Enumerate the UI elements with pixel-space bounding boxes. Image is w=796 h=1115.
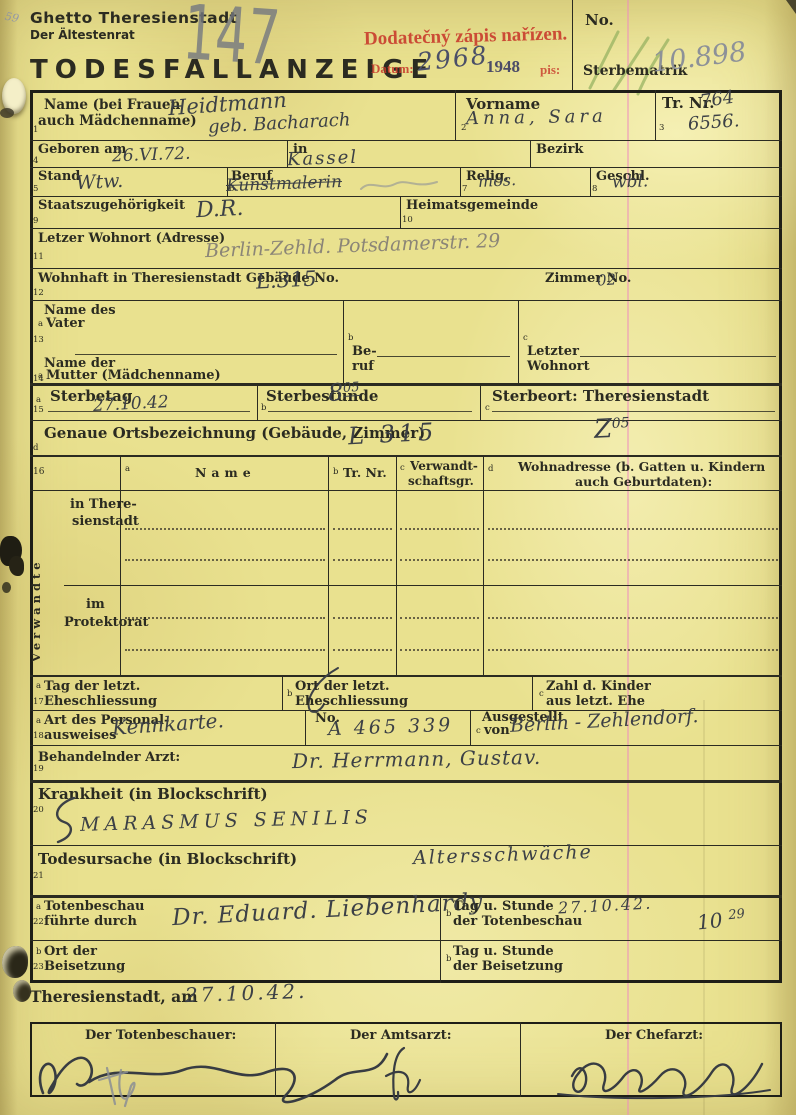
todesursache-label: Todesursache (in Blockschrift) [38, 851, 297, 868]
field-number: 8 [592, 185, 597, 194]
arzt-value: Dr. Herrmann, Gustav. [292, 747, 542, 771]
field-number: 7 [462, 185, 467, 194]
dotted-write-line [333, 528, 392, 530]
dotted-write-line [333, 649, 392, 651]
divider-thick [30, 455, 782, 457]
col-header-wohnadresse-1: Wohnadresse (b. Gatten u. Kindern [518, 460, 765, 474]
sub-letter: b [446, 910, 451, 919]
geboren-in-value: Kassel [287, 149, 359, 169]
divider [480, 386, 481, 420]
divider [655, 90, 656, 140]
write-line [75, 354, 337, 355]
sub-letter: c [476, 727, 481, 736]
divider [343, 300, 344, 383]
sub-letter: a [38, 320, 43, 329]
dotted-write-line [488, 617, 778, 619]
ehe-ort-label-2: Eheschliessung [295, 695, 408, 710]
divider [518, 300, 519, 383]
chefarzt-signature [550, 1036, 778, 1110]
beschau-zeit-label-1: Tag u. Stunde [453, 900, 554, 915]
verwandte-side-label: Verwandte [30, 558, 43, 662]
sub-letter: b [261, 404, 266, 413]
divider [455, 90, 456, 140]
relig-value: mos. [478, 172, 517, 190]
minutes: 29 [728, 907, 746, 924]
faint-pencil-word [357, 176, 442, 194]
ehe-ort-label-1: Ort der letzt. [295, 680, 390, 695]
arzt-label: Behandelnder Arzt: [38, 751, 180, 766]
field-number: 18 [33, 732, 44, 741]
ausweis-no-value: A 465 339 [328, 716, 454, 739]
dotted-write-line [488, 559, 778, 561]
field-number: 22 [33, 918, 44, 927]
field-number: 13 [33, 336, 44, 345]
divider [282, 677, 283, 710]
vorname-value: Anna, Sara [466, 108, 607, 128]
beisetzung-zeit-label-1: Tag u. Stunde [453, 945, 554, 960]
field-number: 19 [33, 765, 44, 774]
sub-letter: a [36, 396, 41, 405]
divider [590, 167, 591, 196]
dotted-write-line [125, 617, 325, 619]
amtsarzt-signature [368, 1044, 438, 1102]
divider [30, 940, 782, 941]
minutes: 05 [343, 380, 361, 397]
dotted-write-line [333, 617, 392, 619]
divider [30, 490, 782, 491]
field-number: 15 [33, 406, 44, 415]
write-line [377, 356, 510, 357]
relatives-row2-label-2: Protektorat [64, 616, 149, 631]
wohnhaft-value: L.315 [255, 268, 317, 292]
dotted-write-line [400, 617, 479, 619]
no-label: No. [585, 12, 614, 29]
field-number: 9 [33, 217, 38, 226]
field-number: 23 [33, 963, 44, 972]
beisetzung-ort-label-1: Ort der [44, 945, 97, 960]
divider [30, 167, 782, 168]
divider [120, 457, 121, 675]
divider [483, 457, 484, 675]
totenbeschau-label-1: Totenbeschau [44, 900, 145, 915]
col-header-wohnadresse-2: auch Geburtdaten): [575, 475, 712, 489]
write-line [580, 356, 776, 357]
dotted-write-line [400, 528, 479, 530]
field-number: 1 [33, 126, 38, 135]
stamp-datum-label: Datum: [371, 61, 414, 77]
field-number: 4 [33, 157, 38, 166]
sub-letter: b [36, 948, 41, 957]
divider [396, 457, 397, 675]
footer-date-value: 27.10.42. [185, 981, 308, 1005]
field-number: 3 [659, 124, 664, 133]
divider [530, 140, 531, 167]
sub-letter: a [36, 903, 41, 912]
sub-letter: a [36, 682, 41, 691]
punch-hole-bottom-left-2 [13, 980, 31, 1002]
sub-letter: d [33, 444, 38, 453]
sterbestunde-value: 805 [327, 379, 360, 405]
wohnort-label: Letzer Wohnort (Adresse) [38, 232, 225, 247]
beruf-col-line1: Be- [352, 345, 377, 360]
stand-label: Stand [38, 170, 80, 185]
beruf-value-struck: Kunstmalerin [226, 174, 343, 195]
sub-letter: d [488, 465, 493, 474]
name-label-line1: Name (bei Frauen [44, 98, 180, 113]
dotted-write-line [488, 528, 778, 530]
write-line [268, 411, 472, 412]
wohnort-col-line2: Wohnort [527, 360, 590, 375]
stamp-handwritten-date: 2968 [416, 42, 490, 74]
stamp-year: 1948 [486, 57, 520, 77]
corner-note-blue: 59 [4, 11, 20, 25]
field-number: 10 [402, 216, 413, 225]
field-number: 14 [33, 375, 44, 384]
hour: 10 [696, 908, 724, 935]
geschl-value: wbl. [612, 173, 649, 191]
genaue-value-room: Z05 [593, 415, 630, 443]
col-header-verwandt-2: schaftsgr. [408, 475, 474, 488]
sterbeort-label: Sterbeort: Theresienstadt [492, 388, 709, 405]
dotted-write-line [125, 528, 325, 530]
ink-spot [2, 582, 11, 593]
divider [400, 196, 401, 228]
stand-value: Wtw. [76, 172, 124, 193]
dotted-write-line [400, 649, 479, 651]
divider [30, 196, 782, 197]
kinder-label-2: aus letzt. Ehe [546, 695, 645, 710]
zimmer-value: 02 [597, 272, 617, 288]
divider [30, 228, 782, 229]
field-number: 12 [33, 289, 44, 298]
write-line [492, 411, 775, 412]
divider-thick [30, 675, 782, 677]
genaue-value-building: L 315 [347, 420, 438, 449]
divider-thick [30, 780, 782, 783]
heimat-label: Heimatsgemeinde [406, 199, 538, 214]
sub-letter: c [485, 404, 490, 413]
punch-hole-bottom-left [2, 946, 28, 978]
place-date-label: Theresienstadt, am [30, 988, 198, 1005]
sterbestunde-label: Sterbestunde [266, 388, 378, 405]
field-number: 20 [33, 806, 44, 815]
divider [470, 710, 471, 745]
staat-value: D.R. [195, 198, 243, 222]
org-subtitle: Der Ältestenrat [30, 29, 135, 42]
sub-letter: b [446, 955, 451, 964]
vater-label-line2: Vater [46, 317, 84, 332]
pencil-case-number: 147 [181, 0, 282, 78]
room-number: 05 [611, 415, 630, 432]
col-header-verwandt-1: Verwandt- [410, 460, 478, 473]
wohnort-col-line1: Letzter [527, 345, 579, 360]
sub-letter: b [348, 334, 353, 343]
trnr-value-2: 6556. [687, 112, 740, 134]
beruf-col-line2: ruf [352, 360, 374, 375]
dotted-write-line [488, 649, 778, 651]
mutter-label-line2: Mutter (Mädchenname) [46, 369, 221, 384]
staat-label: Staatszugehörigkeit [38, 199, 185, 214]
sub-letter: c [539, 690, 544, 699]
divider [572, 0, 573, 90]
divider [30, 845, 782, 846]
dotted-write-line [125, 559, 325, 561]
ausweis-label-2: ausweises [44, 729, 117, 744]
totenbeschau-label-2: führte durch [44, 915, 137, 930]
room-letter: Z [593, 414, 613, 445]
sub-letter: c [523, 334, 528, 343]
field-number: 16 [33, 468, 44, 477]
paper-stain [0, 108, 14, 118]
kinder-label-1: Zahl d. Kinder [546, 680, 651, 695]
divider [64, 585, 782, 586]
divider [520, 1022, 521, 1097]
col-header-name: Name [195, 466, 256, 480]
divider [257, 386, 258, 420]
dotted-write-line [125, 649, 325, 651]
divider [30, 268, 782, 269]
totenbeschauer-signature [33, 1038, 393, 1108]
divider [328, 457, 329, 675]
trnr-value-1: 764 [699, 89, 736, 112]
sub-letter: c [400, 464, 405, 473]
divider [30, 140, 782, 141]
sub-letter: b [333, 468, 338, 477]
scanned-death-notice-form: Ghetto Theresienstadt Der Ältestenrat TO… [0, 0, 796, 1115]
pen-flourish [46, 792, 80, 844]
ehe-tag-label-1: Tag der letzt. [44, 680, 140, 695]
dotted-write-line [400, 559, 479, 561]
corner-shadow-top-right [786, 0, 796, 14]
pencil-monogram [95, 1060, 147, 1110]
divider [30, 300, 782, 301]
ink-blot-left-2 [9, 556, 24, 576]
sub-letter: a [36, 717, 41, 726]
sterbetag-value: 27.10.42 [93, 394, 169, 415]
bezirk-label: Bezirk [536, 143, 583, 158]
beisetzung-ort-label-2: Beisetzung [44, 960, 125, 975]
divider [532, 677, 533, 710]
field-number: 17 [33, 698, 44, 707]
field-number: 21 [33, 872, 44, 881]
relatives-row1-label-2: sienstadt [72, 515, 139, 530]
field-number: 5 [33, 185, 38, 194]
sub-letter: b [287, 690, 292, 699]
geboren-value: 26.VI.72. [112, 146, 191, 166]
ausgestellt-label-2: von [484, 724, 510, 739]
dotted-write-line [333, 559, 392, 561]
sub-letter: a [125, 465, 130, 474]
divider [460, 167, 461, 196]
zimmer-label: Zimmer No. [545, 272, 631, 287]
divider [30, 745, 782, 746]
ehe-tag-label-2: Eheschliessung [44, 695, 157, 710]
relatives-row2-label-1: im [86, 598, 105, 613]
field-number: 11 [33, 253, 44, 262]
relatives-row1-label-1: in There- [70, 498, 137, 513]
divider [305, 710, 306, 745]
stamp-podpis-fragment: pis: [540, 62, 560, 78]
col-header-trnr: Tr. Nr. [343, 466, 387, 480]
beisetzung-zeit-label-2: der Beisetzung [453, 960, 563, 975]
